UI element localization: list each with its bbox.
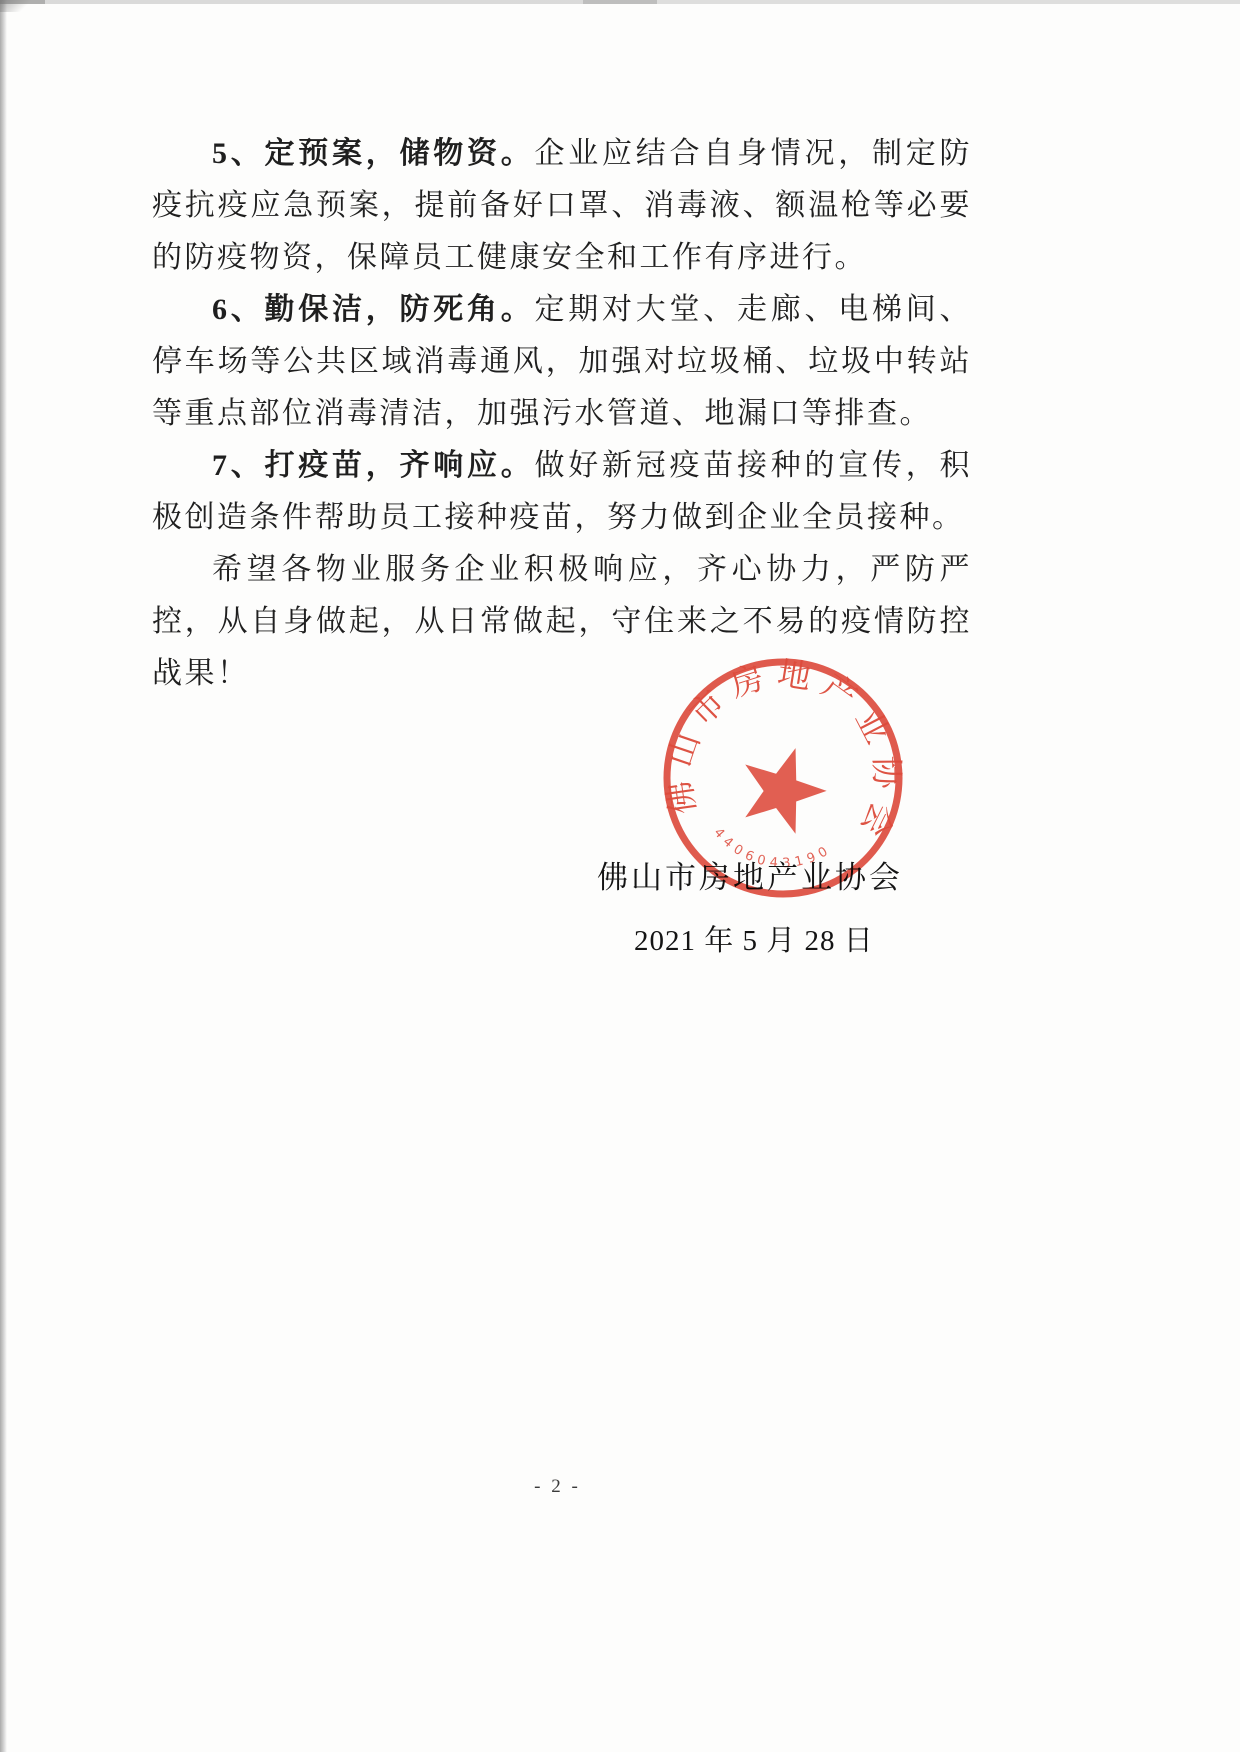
paragraph-item-6: 6、勤保洁，防死角。定期对大堂、走廊、电梯间、停车场等公共区域消毒通风，加强对垃… xyxy=(152,284,972,440)
signature-date: 2021 年 5 月 28 日 xyxy=(634,918,894,959)
paragraph-closing: 希望各物业服务企业积极响应，齐心协力，严防严控，从自身做起，从日常做起，守住来之… xyxy=(152,544,972,700)
document-body: 5、定预案，储物资。企业应结合自身情况，制定防疫抗疫应急预案，提前备好口罩、消毒… xyxy=(152,128,972,700)
signature-organization: 佛山市房地产业协会 xyxy=(597,852,897,897)
paragraph-lead: 5、定预案，储物资。 xyxy=(212,137,535,170)
scan-artifact-corner xyxy=(0,0,34,12)
document-page: 5、定预案，储物资。企业应结合自身情况，制定防疫抗疫应急预案，提前备好口罩、消毒… xyxy=(0,0,1240,1752)
seal-star-icon xyxy=(730,735,837,839)
paragraph-item-5: 5、定预案，储物资。企业应结合自身情况，制定防疫抗疫应急预案，提前备好口罩、消毒… xyxy=(152,128,972,284)
paragraph-lead: 7、打疫苗，齐响应。 xyxy=(212,449,535,482)
page-number: - 2 - xyxy=(0,1476,1115,1498)
scan-artifact-top-edge xyxy=(0,0,1240,4)
paragraph-text: 希望各物业服务企业积极响应，齐心协力，严防严控，从自身做起，从日常做起，守住来之… xyxy=(152,553,972,690)
paragraph-item-7: 7、打疫苗，齐响应。做好新冠疫苗接种的宣传，积极创造条件帮助员工接种疫苗，努力做… xyxy=(152,440,972,544)
paragraph-lead: 6、勤保洁，防死角。 xyxy=(212,293,535,326)
